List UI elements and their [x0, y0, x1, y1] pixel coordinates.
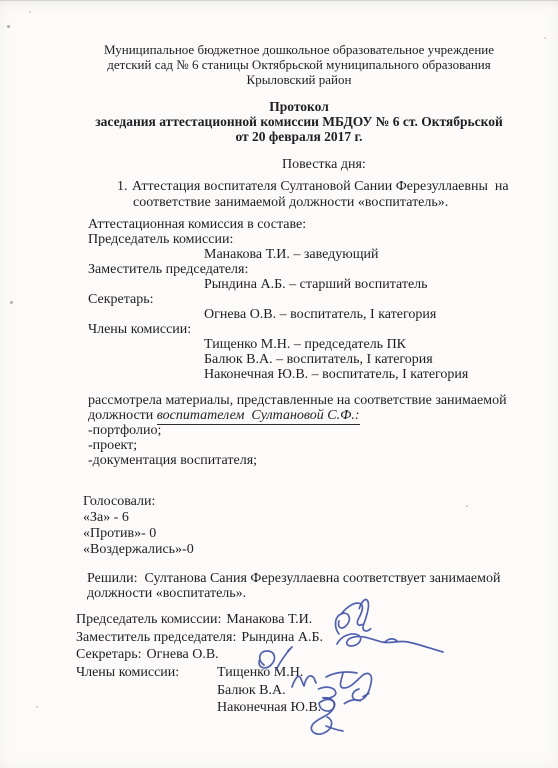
scan-speck — [7, 25, 10, 28]
signature-role-label — [76, 700, 217, 718]
commission-member: Рындина А.Б. – старший воспитатель — [204, 277, 558, 292]
signature-row: Заместитель председателя:Рындина А.Б. — [76, 630, 558, 648]
org-header-line: детский сад № 6 станицы Октябрьской муни… — [80, 57, 518, 72]
commission-list: Аттестационная комиссия в составе: Предс… — [88, 217, 558, 382]
signature-role-label: Заместитель председателя: — [76, 630, 236, 648]
signature-ogneva-icon — [247, 646, 295, 678]
scan-speck — [466, 505, 468, 507]
org-header: Муниципальное бюджетное дошкольное образ… — [80, 42, 518, 87]
signature-name: Рындина А.Б. — [241, 630, 323, 648]
agenda-item: 1.Аттестация воспитателя Султановой Сани… — [117, 179, 528, 210]
title-line: от 20 февраля 2017 г. — [80, 129, 518, 144]
signature-name: Балюк В.А. — [217, 683, 286, 701]
review-text: рассмотрела материалы, представленные на… — [88, 393, 558, 408]
review-text: должности — [88, 408, 157, 423]
commission-intro: Аттестационная комиссия в составе: — [88, 217, 558, 232]
commission-member: Балюк В.А. – воспитатель, I категория — [204, 352, 558, 367]
scan-speck — [36, 706, 38, 708]
voting-results: Голосовали: «За» - 6 «Против»- 0 «Воздер… — [83, 494, 558, 558]
agenda-item-text: Аттестация воспитателя Султановой Сании … — [132, 179, 509, 195]
voting-line: «Против»- 0 — [83, 526, 558, 542]
commission-member: Манакова Т.И. – заведующий — [204, 247, 558, 262]
signature-row: Председатель комиссии:Манакова Т.И. — [76, 612, 558, 630]
scanned-protocol-page: Муниципальное бюджетное дошкольное образ… — [0, 0, 558, 768]
voting-line: «Воздержались»-0 — [83, 542, 558, 558]
voting-heading: Голосовали: — [83, 494, 558, 510]
document-title: Протокол заседания аттестационной комисс… — [80, 99, 518, 144]
review-item: -портфолио; — [88, 423, 558, 438]
decision-text: должности «воспитатель». — [87, 586, 522, 601]
signature-name: Огнева О.В. — [147, 647, 219, 665]
agenda-item-number: 1. — [117, 179, 132, 195]
decision-text: Решили: Султанова Сания Ферезуллаевна со… — [87, 571, 522, 586]
signature-ryndina-icon — [333, 629, 447, 657]
signature-role-label — [76, 683, 217, 701]
title-line: Протокол — [80, 99, 518, 114]
org-header-line: Муниципальное бюджетное дошкольное образ… — [80, 42, 518, 57]
review-paragraph: рассмотрела материалы, представленные на… — [88, 393, 558, 468]
commission-member: Тищенко М.Н. – председатель ПК — [204, 337, 558, 352]
commission-role: Заместитель председателя: — [88, 262, 558, 277]
signature-role-label: Секретарь: — [76, 647, 142, 665]
commission-role: Члены комиссии: — [88, 322, 558, 337]
commission-role: Председатель комиссии: — [88, 232, 558, 247]
commission-role: Секретарь: — [88, 292, 558, 307]
voting-line: «За» - 6 — [83, 510, 558, 526]
signature-role-label: Члены комиссии: — [76, 665, 217, 683]
scan-speck — [544, 37, 546, 39]
decision-paragraph: Решили: Султанова Сания Ферезуллаевна со… — [87, 571, 522, 601]
review-subject: воспитателем Султановой С.Ф.: — [157, 408, 360, 425]
scan-speck — [29, 11, 31, 13]
signature-role-label: Председатель комиссии: — [76, 612, 221, 630]
org-header-line: Крыловский район — [80, 72, 518, 87]
review-item: -проект; — [88, 438, 558, 453]
signature-name: Манакова Т.И. — [226, 612, 312, 630]
agenda-heading: Повестка дня: — [282, 157, 558, 172]
commission-member: Наконечная Ю.В. – воспитатель, I категор… — [204, 367, 558, 382]
scan-speck — [10, 301, 13, 304]
agenda-item-text: соответствие занимаемой должности «воспи… — [133, 195, 528, 211]
signature-nakonechnaya-icon — [296, 695, 352, 741]
title-line: заседания аттестационной комиссии МБДОУ … — [80, 114, 518, 129]
review-item: -документация воспитателя; — [88, 453, 558, 468]
commission-member: Огнева О.В. – воспитатель, I категория — [204, 307, 558, 322]
